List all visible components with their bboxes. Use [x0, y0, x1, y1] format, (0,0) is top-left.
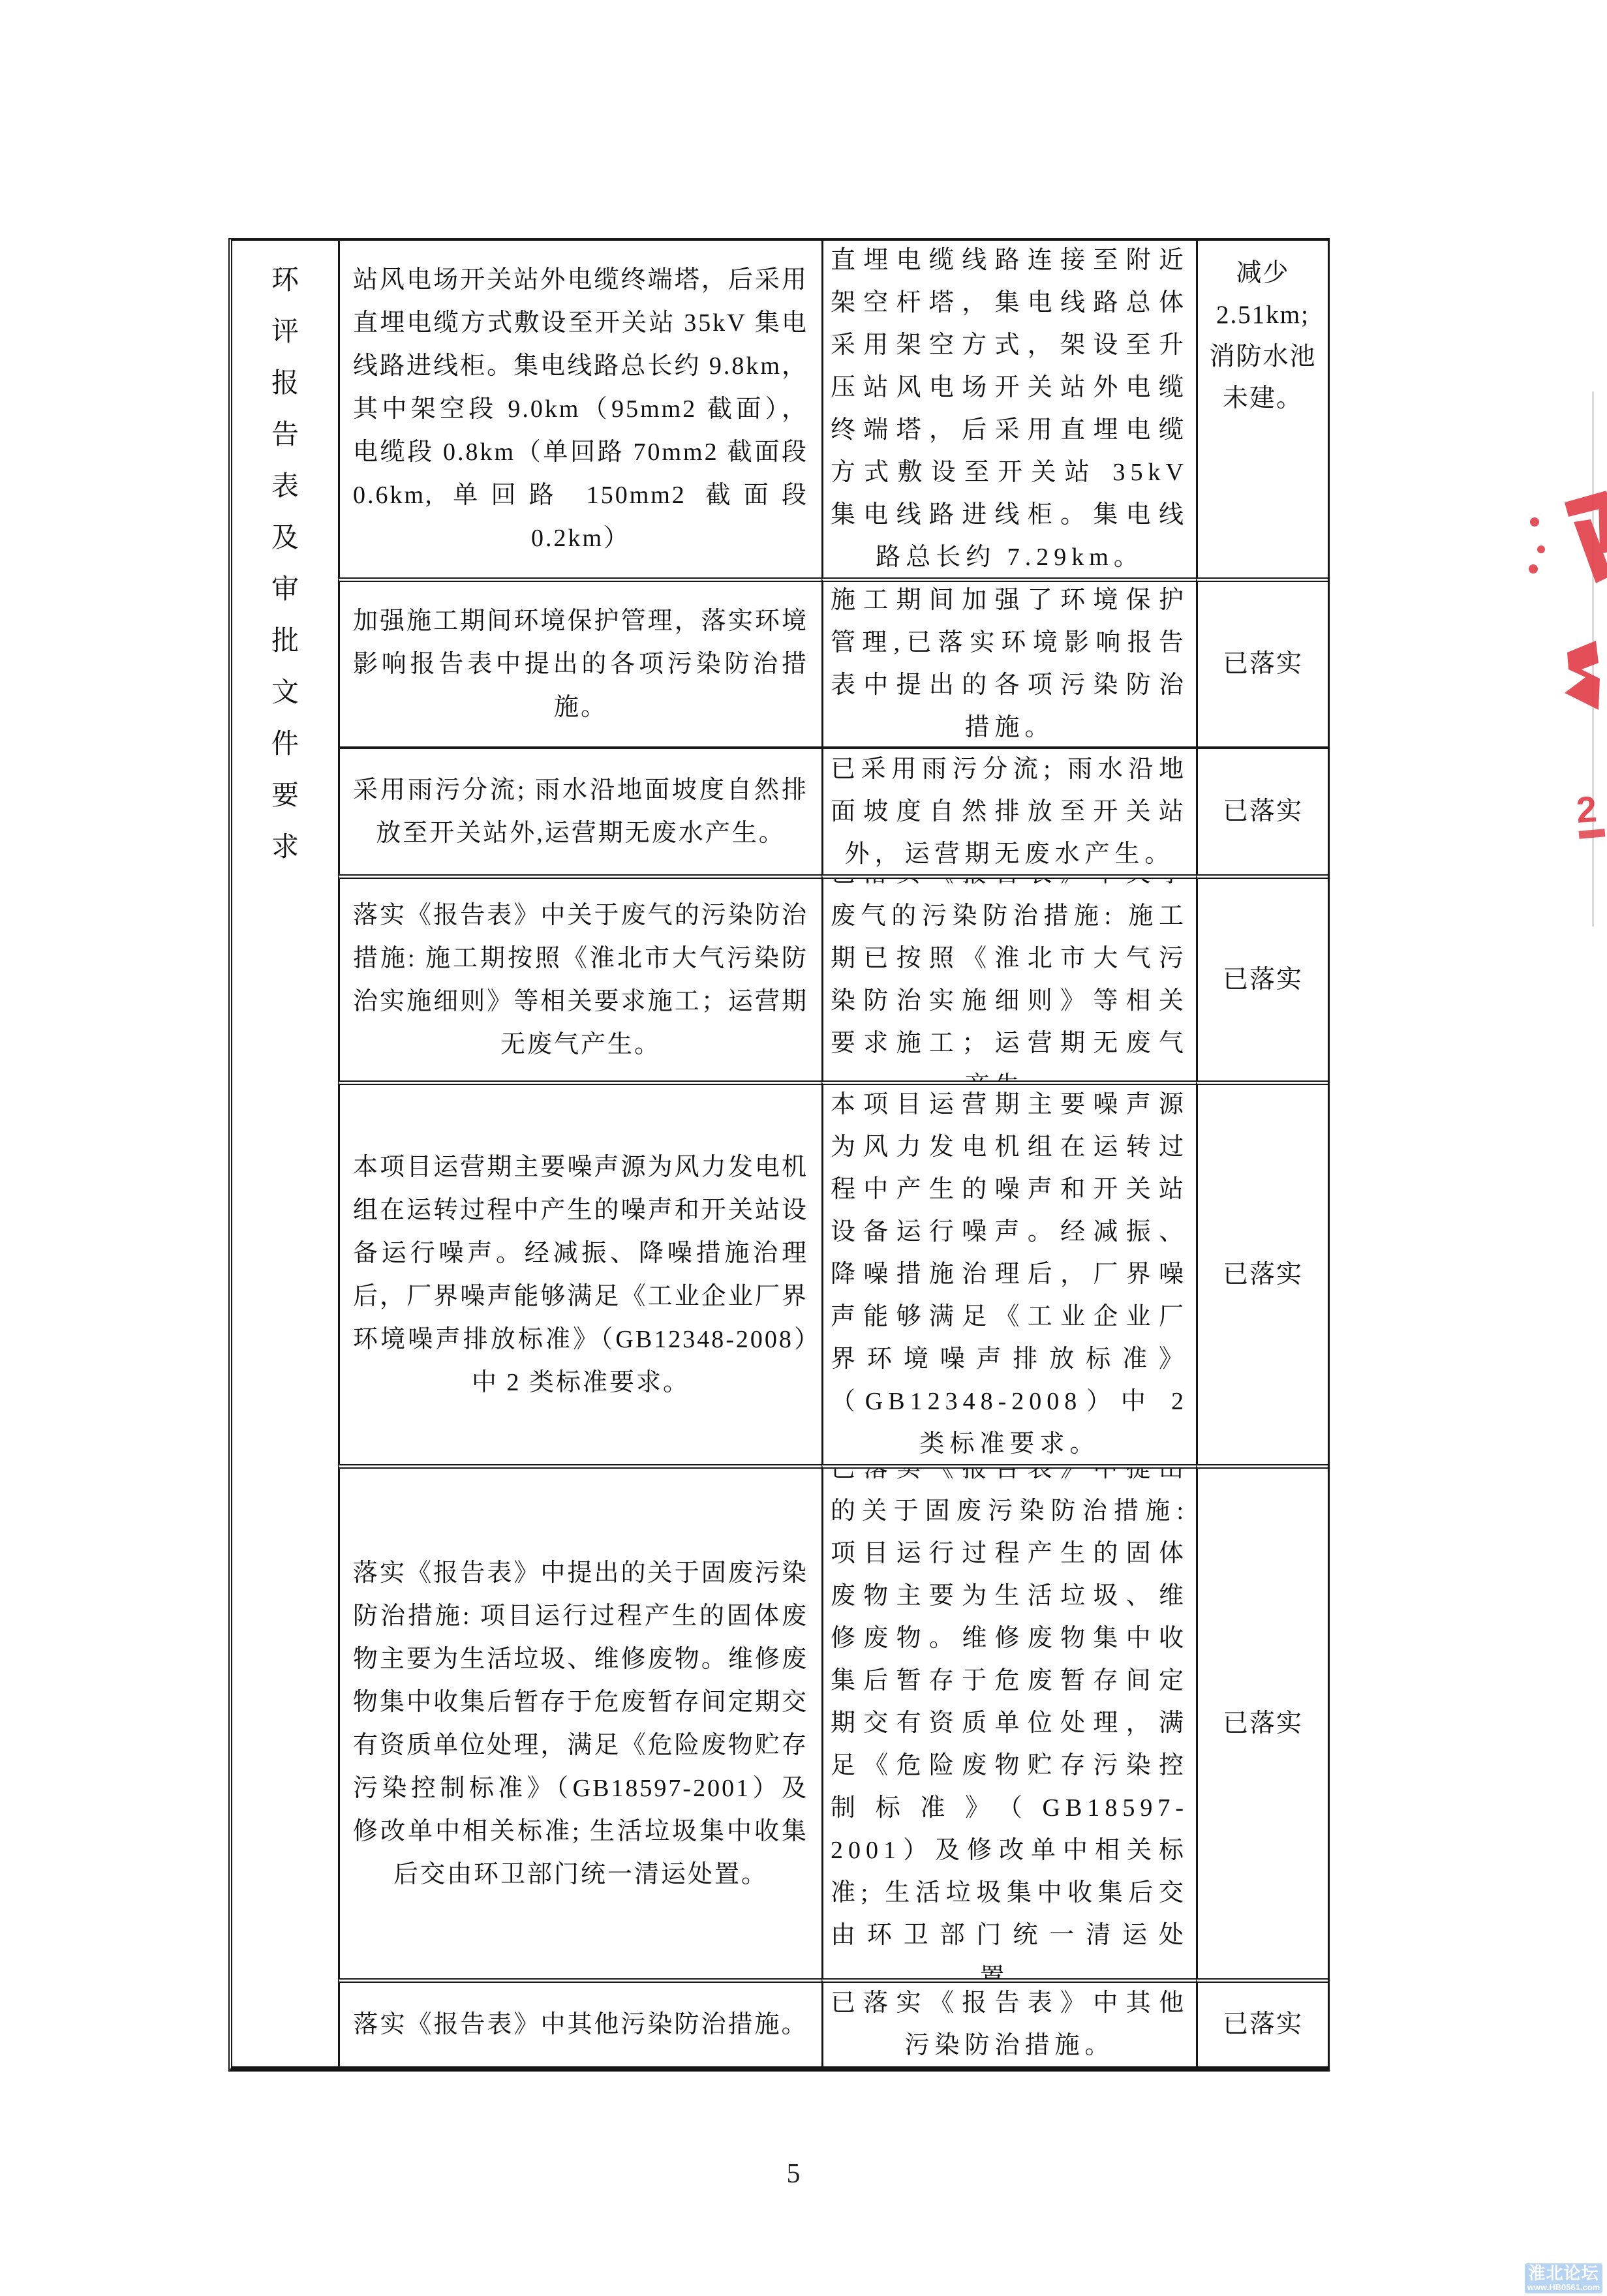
requirement-cell: 落实《报告表》中提出的关于固废污染防治措施: 项目运行过程产生的固体废物主要为生…: [338, 1464, 821, 1978]
requirement-text: 本项目运营期主要噪声源为风力发电机组在运转过程中产生的噪声和开关站设备运行噪声。…: [353, 1146, 808, 1404]
implementation-cell: 已落实《报告表》中提出的关于固废污染防治措施: 项目运行过程产生的固体废物主要为…: [821, 1464, 1196, 1978]
implementation-text: 已落实《报告表》中提出的关于固废污染防治措施: 项目运行过程产生的固体废物主要为…: [831, 1464, 1189, 1978]
watermark-url: www.HB0561.com: [1527, 2282, 1600, 2292]
table-row-header-cell: 环评报告表及审批文件要求: [232, 241, 338, 2066]
requirement-text: 落实《报告表》中其他污染防治措施。: [353, 2003, 808, 2046]
requirement-cell: 本项目运营期主要噪声源为风力发电机组在运转过程中产生的噪声和开关站设备运行噪声。…: [338, 1080, 821, 1464]
implementation-text: 本项目运营期主要噪声源为风力发电机组在运转过程中产生的噪声和开关站设备运行噪声。…: [831, 1084, 1189, 1464]
approval-requirements-table: 环评报告表及审批文件要求 站风电场开关站外电缆终端塔，后采用直埋电缆方式敷设至开…: [228, 238, 1330, 2072]
requirement-text: 落实《报告表》中关于废气的污染防治措施: 施工期按照《淮北市大气污染防治实施细则…: [353, 894, 808, 1066]
requirement-cell: 站风电场开关站外电缆终端塔，后采用直埋电缆方式敷设至开关站 35kV 集电线路进…: [338, 241, 821, 577]
scanned-document-page: 环评报告表及审批文件要求 站风电场开关站外电缆终端塔，后采用直埋电缆方式敷设至开…: [0, 0, 1607, 2296]
implementation-cell: 已落实《报告表》中其他污染防治措施。: [821, 1978, 1196, 2066]
implementation-text: 施工期间加强了环境保护管理,已落实环境影响报告表中提出的各项污染防治措施。: [831, 579, 1189, 746]
stamp-character-fragment: [1529, 491, 1607, 583]
status-cell: 已落实: [1196, 874, 1328, 1080]
forum-watermark: 淮北论坛 www.HB0561.com: [1525, 2263, 1602, 2293]
implementation-cell: 已采用雨污分流; 雨水沿地面坡度自然排放至开关站外，运营期无废水产生。: [821, 746, 1196, 874]
status-cell: 已落实: [1196, 1978, 1328, 2066]
requirement-text: 站风电场开关站外电缆终端塔，后采用直埋电缆方式敷设至开关站 35kV 集电线路进…: [353, 258, 808, 560]
requirement-cell: 加强施工期间环境保护管理，落实环境影响报告表中提出的各项污染防治措施。: [338, 577, 821, 746]
implementation-cell: 已落实《报告表》中关于废气的污染防治措施: 施工期已按照《淮北市大气污染防治实施…: [821, 874, 1196, 1080]
requirement-text: 采用雨污分流; 雨水沿地面坡度自然排放至开关站外,运营期无废水产生。: [353, 769, 808, 855]
status-cell: 已落实: [1196, 746, 1328, 874]
page-number: 5: [774, 2158, 813, 2190]
requirement-cell: 落实《报告表》中其他污染防治措施。: [338, 1978, 821, 2066]
implementation-text: 直埋电缆线路连接至附近架空杆塔，集电线路总体采用架空方式，架设至升压站风电场开关…: [831, 241, 1189, 577]
requirement-text: 加强施工期间环境保护管理，落实环境影响报告表中提出的各项污染防治措施。: [353, 600, 808, 729]
implementation-text: 已落实《报告表》中关于废气的污染防治措施: 施工期已按照《淮北市大气污染防治实施…: [831, 874, 1189, 1080]
implementation-text: 已落实《报告表》中其他污染防治措施。: [831, 1982, 1189, 2066]
status-cell: 已落实: [1196, 577, 1328, 746]
implementation-cell: 本项目运营期主要噪声源为风力发电机组在运转过程中产生的噪声和开关站设备运行噪声。…: [821, 1080, 1196, 1464]
requirement-text: 落实《报告表》中提出的关于固废污染防治措施: 项目运行过程产生的固体废物主要为生…: [353, 1552, 808, 1896]
vertical-header-text: 环评报告表及审批文件要求: [271, 255, 299, 874]
requirement-cell: 落实《报告表》中关于废气的污染防治措施: 施工期按照《淮北市大气污染防治实施细则…: [338, 874, 821, 1080]
status-cell: 已落实: [1196, 1464, 1328, 1978]
requirement-cell: 采用雨污分流; 雨水沿地面坡度自然排放至开关站外,运营期无废水产生。: [338, 746, 821, 874]
status-cell: 已落实: [1196, 1080, 1328, 1464]
scan-edge-line: [1592, 391, 1594, 926]
implementation-cell: 直埋电缆线路连接至附近架空杆塔，集电线路总体采用架空方式，架设至升压站风电场开关…: [821, 241, 1196, 577]
status-cell: 减少 2.51km; 消防水池 未建。: [1196, 241, 1328, 577]
watermark-title: 淮北论坛: [1528, 2265, 1599, 2282]
stamp-star-fragment: [1565, 641, 1600, 710]
stamp-digit: 2: [1575, 788, 1599, 831]
implementation-text: 已采用雨污分流; 雨水沿地面坡度自然排放至开关站外，运营期无废水产生。: [831, 748, 1189, 875]
implementation-cell: 施工期间加强了环境保护管理,已落实环境影响报告表中提出的各项污染防治措施。: [821, 577, 1196, 746]
